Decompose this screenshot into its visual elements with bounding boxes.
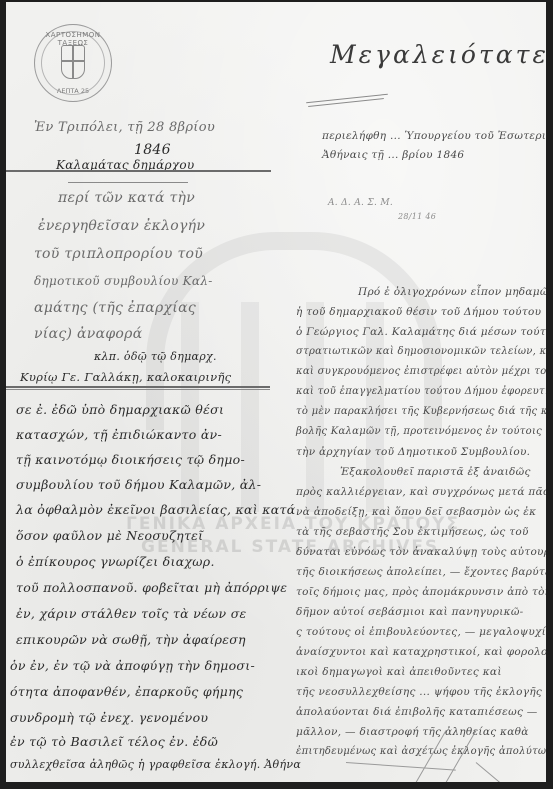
subject-line: αμάτης (τῆς ἐπαρχίας: [34, 300, 196, 316]
right-body-line: πρὸς καλλιέργειαν, καὶ συγχρόνως μετά πᾶ…: [296, 486, 546, 498]
subject-line: νίας) ἀναφορά: [34, 326, 142, 342]
title-underline-2: [308, 98, 384, 107]
body-line: συνδρομὴ τῷ ἐνεχ. γενομένου: [10, 710, 208, 725]
right-body-line: ἡ τοῦ δημαρχιακοῦ θέσιν τοῦ Δήμου τούτου: [296, 306, 541, 318]
coat-of-arms-icon: [61, 45, 85, 79]
right-body-line: καὶ τοῦ ἐπαγγελματίου τούτου Δήμου ἐφορε…: [296, 386, 546, 397]
right-body-line: τῆς νεοσυλλεχθείσης ... ψήφου τῆς ἐκλογῆ…: [296, 686, 542, 698]
body-line: ἐν τῷ τὸ Βασιλεῖ τέλος ἐν. ἐδῶ: [10, 734, 218, 749]
right-body-line: δῆμον αὐτοί σεβάσμιοι καὶ πανηγυρικῶ-: [296, 606, 524, 618]
right-body-line: τῆς διοικήσεως ἀπολείπει, — ἔχοντες βαρύ…: [296, 566, 546, 578]
tax-stamp: ΧΑΡΤΟΣΗΜΟΝ ΤΑΞΕΩΣ ΛΕΠΤΑ 25: [34, 24, 112, 102]
right-body-line: Ἐξακολουθεῖ παριστᾶ ἐξ ἀναιδῶς: [340, 466, 531, 478]
body-line: ότητα ἀποφανθέν, ἐπαρκοῦς φήμης: [10, 684, 243, 699]
body-line: επικουρῶν νὰ σωθῇ, τὴν ἀφαίρεση: [16, 632, 246, 647]
right-body-line: τοῖς δήμοις μας, πρὸς ἀπομάκρυνσιν ἀπὸ τ…: [296, 586, 546, 598]
right-body-line: τὰ τῆς σεβαστῆς Σου ἐκτιμήσεως, ὡς τοῦ: [296, 526, 529, 538]
addressee-divider: [6, 386, 270, 388]
received-note-2: Ἀθήναις τῇ ... βρίου 1846: [322, 149, 464, 161]
right-body-line: νὰ ἀποδείξῃ, καὶ ὅπου δεῖ σεβασμὸν ὡς ἐκ: [296, 506, 536, 518]
body-line: τοῦ πολλοσπανοῦ. φοβεῖται μὴ ἀπόρριψε: [16, 580, 287, 595]
right-body-line: ἀπολαύονται διά ἐπιβολῆς καταπιέσεως —: [296, 706, 538, 718]
body-line: ὁ ἐπίκουρος γνωρίζει διαχωρ.: [16, 554, 215, 569]
right-body-line: στρατιωτικῶν καὶ δημοσιονομικῶν τελείων,…: [296, 346, 546, 357]
right-body-line: ς τούτους οἱ ἐπιβουλεύοντες, — μεγαλοψυχ…: [296, 626, 546, 638]
subject-line: ἐνεργηθεῖσαν ἐκλογήν: [38, 218, 205, 234]
body-line: ὅσον φαῦλον μὲ Νεοσυζητεῖ: [16, 528, 203, 543]
body-line: σε ἐ. ἐδῶ ὑπὸ δημαρχιακῶ θέσι: [16, 402, 224, 417]
body-line: λα ὀφθαλμὸν ἐκεῖνοι βασιλείας, καὶ κατά: [16, 502, 295, 517]
dateline-year: 1846: [134, 142, 171, 158]
right-body-line: τὸ μὲν παρακλήσει τῆς Κυβερνήσεως διά τῆ…: [296, 406, 546, 417]
right-body-line: Πρό ἐ ὀλιγοχρόνων εἶπον μηδαμῶς: [358, 286, 546, 298]
right-body-line: ικοὶ δημαγωγοὶ καὶ ἀπειθοῦντες καὶ: [296, 666, 502, 678]
body-line: συμβουλίου τοῦ δήμου Καλαμῶν, ἀλ-: [16, 477, 261, 492]
right-body-line: ὁ Γεώργιος Γαλ. Καλαμάτης διά μέσων τούτ…: [296, 326, 546, 338]
received-note-1: περιελήφθη ... Ὑπουργείου τοῦ Ἐσωτερικοῦ: [322, 130, 546, 142]
right-body-line: μᾶλλον, — διαστροφή τῆς ἀληθείας καθὰ: [296, 726, 529, 738]
dateline: Ἐν Τριπόλει, τῇ 28 8βρίου: [34, 120, 215, 135]
right-body-line: καὶ συγκρουόμενος ἐπιστρέφει αὐτὸν μέχρι…: [296, 366, 546, 377]
right-body-line: ἐπιτηδευμένως καὶ ἀσχέτως ἐκλογῆς ἀπολύτ…: [296, 746, 546, 757]
header-divider: [6, 170, 271, 172]
subject-divider: [68, 182, 188, 183]
addressee-divider-2: [6, 389, 270, 390]
salutation-title: Μεγαλειότατε!: [330, 40, 546, 69]
stamp-bottom-text: ΛΕΠΤΑ 25: [35, 87, 111, 95]
body-line: κατασχών, τῇ ἐπιδιώκαντο ἀν-: [16, 427, 222, 442]
right-body-line: βολῆς Καλαμῶν τῇ, προτεινόμενος ἐν τούτο…: [296, 426, 542, 437]
body-line: συλλεχθεῖσα ἀληθῶς ἡ γραφθεῖσα ἐκλογή. Ἀ…: [10, 758, 301, 771]
document-scan: ΓΕΝΙΚΑ ΑΡΧΕΙΑ ΤΟΥ ΚΡΑΤΟΥΣ GENERAL STATE …: [0, 0, 553, 789]
addressee-line: Κυρίῳ Γε. Γαλλάκῃ, καλοκαιρινῆς: [20, 370, 231, 384]
body-line: τῇ καινοτόμῳ διοικήσεις τῷ δημο-: [16, 452, 245, 467]
subject-line: δημοτικοῦ συμβουλίου Καλ-: [34, 274, 213, 288]
subject-line: κλπ. ὁδῷ τῷ δημαρχ.: [94, 350, 217, 363]
body-line: ἐν, χάριν στάλθεν τοῖς τὰ νέων σε: [16, 606, 247, 621]
subject-line: τοῦ τριπλοπρορίου τοῦ: [34, 246, 203, 262]
right-body-line: ἀναίσχυντοι καὶ καταχρηστικοί, καὶ φορολ…: [296, 646, 546, 658]
right-body-line: τὴν ἀρχηγίαν τοῦ Δημοτικοῦ Συμβουλίου.: [296, 446, 530, 458]
subject-line: περί τῶν κατά τὴν: [58, 190, 195, 206]
registry-ref: 28/11 46: [398, 212, 436, 221]
body-line: ὁν ἐν, ἐν τῷ νὰ ἀποφύγῃ τὴν δημοσι-: [10, 658, 255, 673]
registry-initials: Α. Δ. Α. Σ. Μ.: [328, 198, 393, 208]
right-body-line: δύναται εὐνόως τὸν ἀνακαλύψῃ τοὺς αὐτουρ…: [296, 546, 546, 558]
manuscript-page: ΓΕΝΙΚΑ ΑΡΧΕΙΑ ΤΟΥ ΚΡΑΤΟΥΣ GENERAL STATE …: [6, 2, 546, 782]
